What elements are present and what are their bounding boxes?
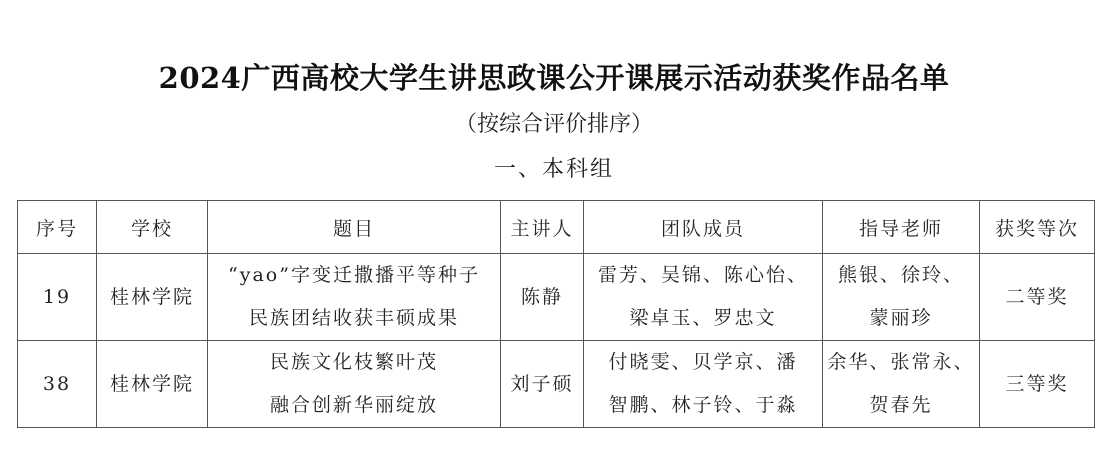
team-line: 梁卓玉、罗忠文 <box>588 297 818 340</box>
cell-no: 38 <box>18 341 97 428</box>
advisors-line: 贺春先 <box>827 384 975 427</box>
cell-school: 桂林学院 <box>97 341 208 428</box>
cell-advisors: 熊银、徐玲、 蒙丽珍 <box>823 254 980 341</box>
team-line: 雷芳、吴锦、陈心怡、 <box>588 254 818 297</box>
header-topic: 题目 <box>208 201 501 254</box>
header-award: 获奖等次 <box>980 201 1095 254</box>
cell-topic: 民族文化枝繁叶茂 融合创新华丽绽放 <box>208 341 501 428</box>
cell-speaker: 陈静 <box>501 254 584 341</box>
header-advisors: 指导老师 <box>823 201 980 254</box>
topic-line: 民族文化枝繁叶茂 <box>212 341 496 384</box>
cell-school: 桂林学院 <box>97 254 208 341</box>
header-team: 团队成员 <box>584 201 823 254</box>
header-school: 学校 <box>97 201 208 254</box>
cell-team: 付晓雯、贝学京、潘 智鹏、林子铃、于淼 <box>584 341 823 428</box>
cell-topic: “yao”字变迁撒播平等种子 民族团结收获丰硕成果 <box>208 254 501 341</box>
cell-advisors: 余华、张常永、 贺春先 <box>823 341 980 428</box>
header-no: 序号 <box>18 201 97 254</box>
advisors-line: 熊银、徐玲、 <box>827 254 975 297</box>
topic-line: 融合创新华丽绽放 <box>212 384 496 427</box>
cell-award: 二等奖 <box>980 254 1095 341</box>
cell-award: 三等奖 <box>980 341 1095 428</box>
advisors-line: 余华、张常永、 <box>827 341 975 384</box>
advisors-line: 蒙丽珍 <box>827 297 975 340</box>
cell-speaker: 刘子硕 <box>501 341 584 428</box>
table-row: 19 桂林学院 “yao”字变迁撒播平等种子 民族团结收获丰硕成果 陈静 雷芳、… <box>18 254 1095 341</box>
section-heading: 一、本科组 <box>0 155 1108 185</box>
team-line: 付晓雯、贝学京、潘 <box>588 341 818 384</box>
team-line: 智鹏、林子铃、于淼 <box>588 384 818 427</box>
table-header-row: 序号 学校 题目 主讲人 团队成员 指导老师 获奖等次 <box>18 201 1095 254</box>
awards-table: 序号 学校 题目 主讲人 团队成员 指导老师 获奖等次 19 桂林学院 “yao… <box>17 200 1095 428</box>
table-row: 38 桂林学院 民族文化枝繁叶茂 融合创新华丽绽放 刘子硕 付晓雯、贝学京、潘 … <box>18 341 1095 428</box>
header-speaker: 主讲人 <box>501 201 584 254</box>
document-title: 2024广西高校大学生讲思政课公开课展示活动获奖作品名单 <box>0 58 1108 98</box>
topic-line: 民族团结收获丰硕成果 <box>212 297 496 340</box>
topic-line: “yao”字变迁撒播平等种子 <box>212 254 496 297</box>
document-subtitle: （按综合评价排序） <box>0 110 1108 140</box>
cell-no: 19 <box>18 254 97 341</box>
cell-team: 雷芳、吴锦、陈心怡、 梁卓玉、罗忠文 <box>584 254 823 341</box>
